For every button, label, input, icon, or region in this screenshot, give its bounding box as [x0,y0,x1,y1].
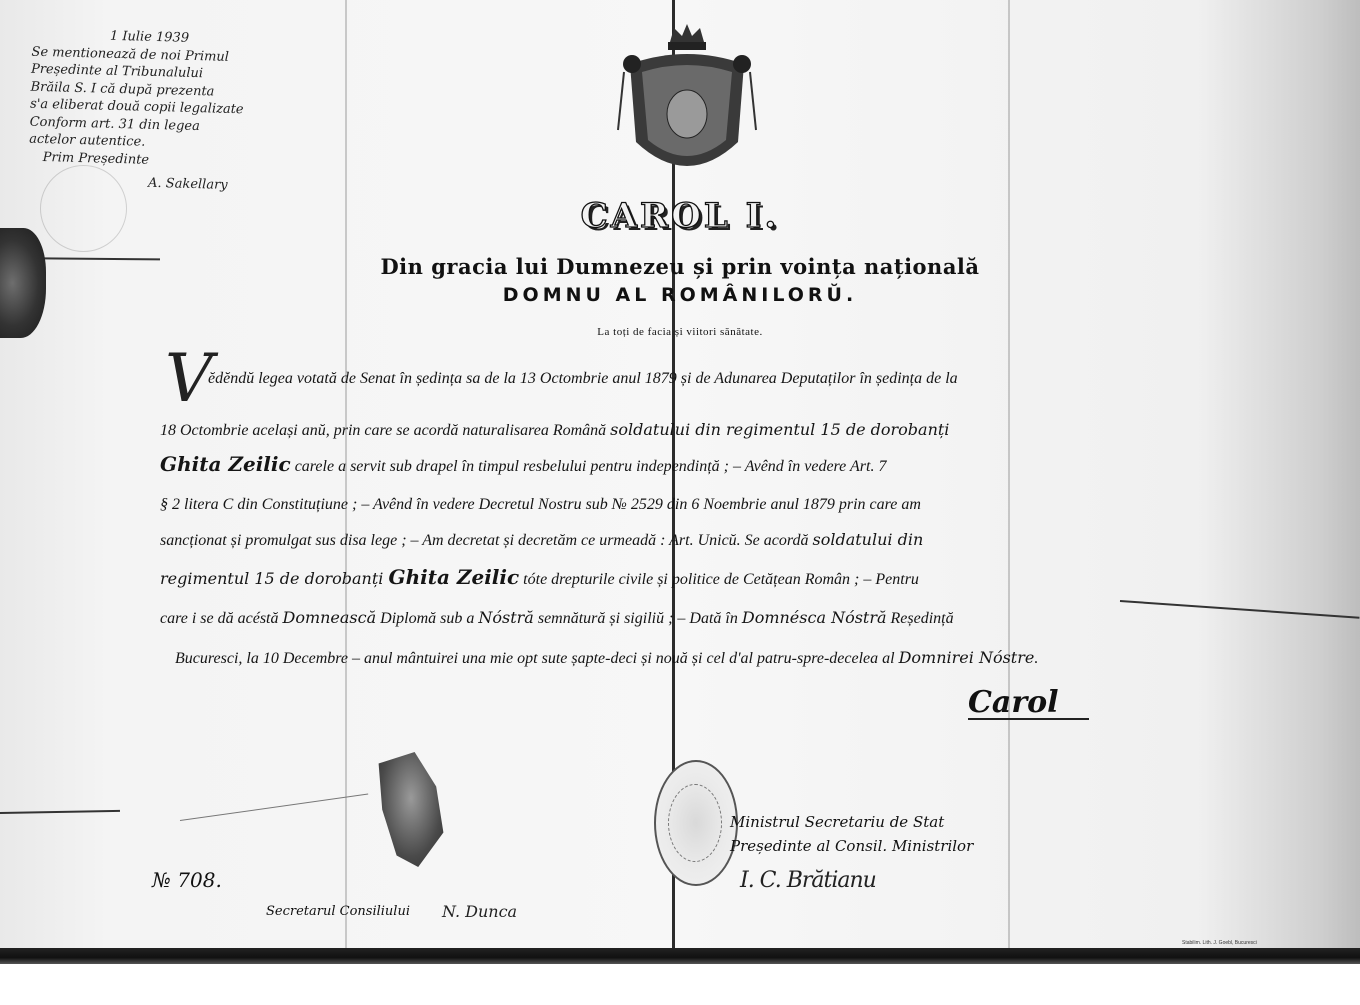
ruler-title: DOMNU AL ROMÂNILORŬ. [0,284,1360,306]
seal-emblem [668,784,722,862]
body-line-4: § 2 litera C din Constituțiune ; – Avênd… [160,496,1220,514]
body-line-2: 18 Octombrie același anŭ, prin care se a… [160,420,1220,440]
body-line-3: Ghita Zeilic carele a servit sub drapel … [160,452,1220,476]
minister-title: Ministrul Secretariu de Stat [730,810,973,834]
secretary-label: Secretarul Consiliului [266,904,410,919]
body-line-6: regimentul 15 de dorobanți Ghita Zeilic … [160,565,1220,589]
handwritten-annotation: 1 Iulie 1939 Se mentionează de noi Primu… [28,26,362,198]
grace-line: Din gracia lui Dumnezeu și prin voința n… [0,254,1360,279]
minister-title-block: Ministrul Secretariu de Stat Președinte … [730,810,973,858]
monarch-title: CAROL I. [0,196,1360,236]
document-number: № 708. [152,868,222,892]
recipient-name: Ghita Zeilic [388,565,519,589]
greeting-line: La toți de facia și viitori sănătate. [0,326,1360,338]
damage-stain [0,228,46,338]
body-line-1: ĕdĕndŭ legea votată de Senat în ședința … [208,370,1268,388]
body-line-8: Bucuresci, la 10 Decembre – anul mântuir… [175,648,1235,668]
paper-crack [0,810,120,814]
minister-title: Președinte al Consil. Ministrilor [730,834,973,858]
king-signature: Carol [968,688,1089,720]
recipient-name: Ghita Zeilic [160,452,291,476]
paper-bottom-edge [0,948,1360,964]
coat-of-arms-icon [612,22,762,184]
torn-patch [375,752,447,867]
printer-mark: Stabilim. Lith. J. Goebl, Bucuresci [1182,940,1257,946]
fold-line [1008,0,1010,952]
diploma-page: 1 Iulie 1939 Se mentionează de noi Primu… [0,0,1360,952]
body-line-5: sancționat și promulgat sus disa lege ; … [160,530,1220,550]
drop-cap: V [165,340,213,417]
minister-signature: I. C. Brătianu [740,868,876,893]
seal-stamp-icon [654,760,738,886]
body-line-7: care i se dă acéstă Domnească Diplomă su… [160,608,1220,628]
paper-crack [180,794,368,821]
secretary-signature: N. Dunca [442,902,517,921]
